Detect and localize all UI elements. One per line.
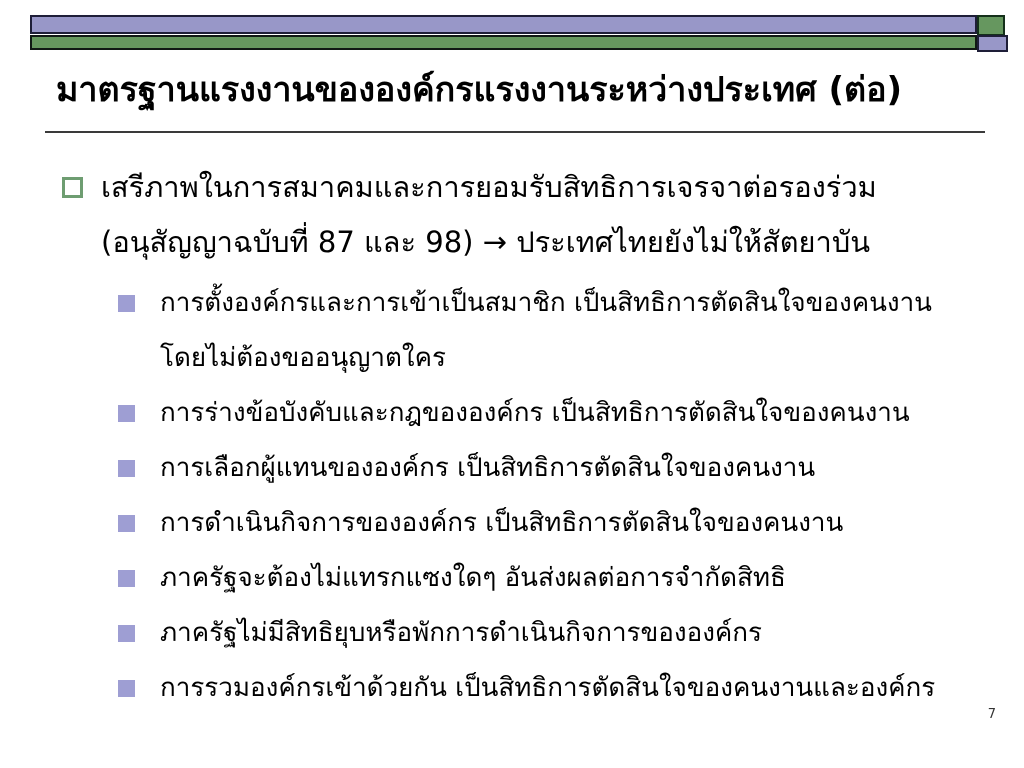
bullet-line: การตั้งองค์กรและการเข้าเป็นสมาชิก เป็นสิ… (160, 276, 932, 331)
bullet-line: การเลือกผู้แทนขององค์กร เป็นสิทธิการตัดส… (160, 441, 815, 496)
list-item: การเลือกผู้แทนขององค์กร เป็นสิทธิการตัดส… (62, 441, 997, 496)
list-item: การดำเนินกิจการขององค์กร เป็นสิทธิการตัด… (62, 496, 997, 551)
bullet-list: เสรีภาพในการสมาคมและการยอมรับสิทธิการเจร… (62, 160, 997, 716)
filled-square-bullet-icon (118, 295, 135, 312)
header-accent-square-purple (977, 35, 1008, 52)
bullet-line: โดยไม่ต้องขออนุญาตใคร (160, 331, 932, 386)
list-item: การร่างข้อบังคับและกฎขององค์กร เป็นสิทธิ… (62, 386, 997, 441)
header-bar-purple (30, 15, 977, 34)
filled-square-bullet-icon (118, 460, 135, 477)
bullet-line: การร่างข้อบังคับและกฎขององค์กร เป็นสิทธิ… (160, 386, 910, 441)
bullet-line: ภาครัฐจะต้องไม่แทรกแซงใดๆ อันส่งผลต่อการ… (160, 551, 786, 606)
bullet-line: ภาครัฐไม่มีสิทธิยุบหรือพักการดำเนินกิจกา… (160, 606, 762, 661)
list-item: ภาครัฐไม่มีสิทธิยุบหรือพักการดำเนินกิจกา… (62, 606, 997, 661)
header-accent-square-green (977, 15, 1005, 36)
title-divider (45, 131, 985, 133)
header-bar-green (30, 35, 977, 50)
list-item: การตั้งองค์กรและการเข้าเป็นสมาชิก เป็นสิ… (62, 276, 997, 386)
page-title: มาตรฐานแรงงานขององค์กรแรงงานระหว่างประเท… (56, 68, 986, 114)
page-number: 7 (988, 707, 996, 722)
list-item: ภาครัฐจะต้องไม่แทรกแซงใดๆ อันส่งผลต่อการ… (62, 551, 997, 606)
filled-square-bullet-icon (118, 405, 135, 422)
list-item: เสรีภาพในการสมาคมและการยอมรับสิทธิการเจร… (62, 160, 997, 270)
bullet-line: การรวมองค์กรเข้าด้วยกัน เป็นสิทธิการตัดส… (160, 661, 935, 716)
slide-root: มาตรฐานแรงงานขององค์กรแรงงานระหว่างประเท… (0, 0, 1024, 768)
filled-square-bullet-icon (118, 515, 135, 532)
list-item: การรวมองค์กรเข้าด้วยกัน เป็นสิทธิการตัดส… (62, 661, 997, 716)
filled-square-bullet-icon (118, 680, 135, 697)
bullet-line: เสรีภาพในการสมาคมและการยอมรับสิทธิการเจร… (101, 160, 877, 215)
filled-square-bullet-icon (118, 570, 135, 587)
bullet-line: (อนุสัญญาฉบับที่ 87 และ 98) → ประเทศไทยย… (101, 215, 877, 270)
filled-square-bullet-icon (118, 625, 135, 642)
hollow-square-bullet-icon (62, 177, 83, 198)
bullet-line: การดำเนินกิจการขององค์กร เป็นสิทธิการตัด… (160, 496, 843, 551)
